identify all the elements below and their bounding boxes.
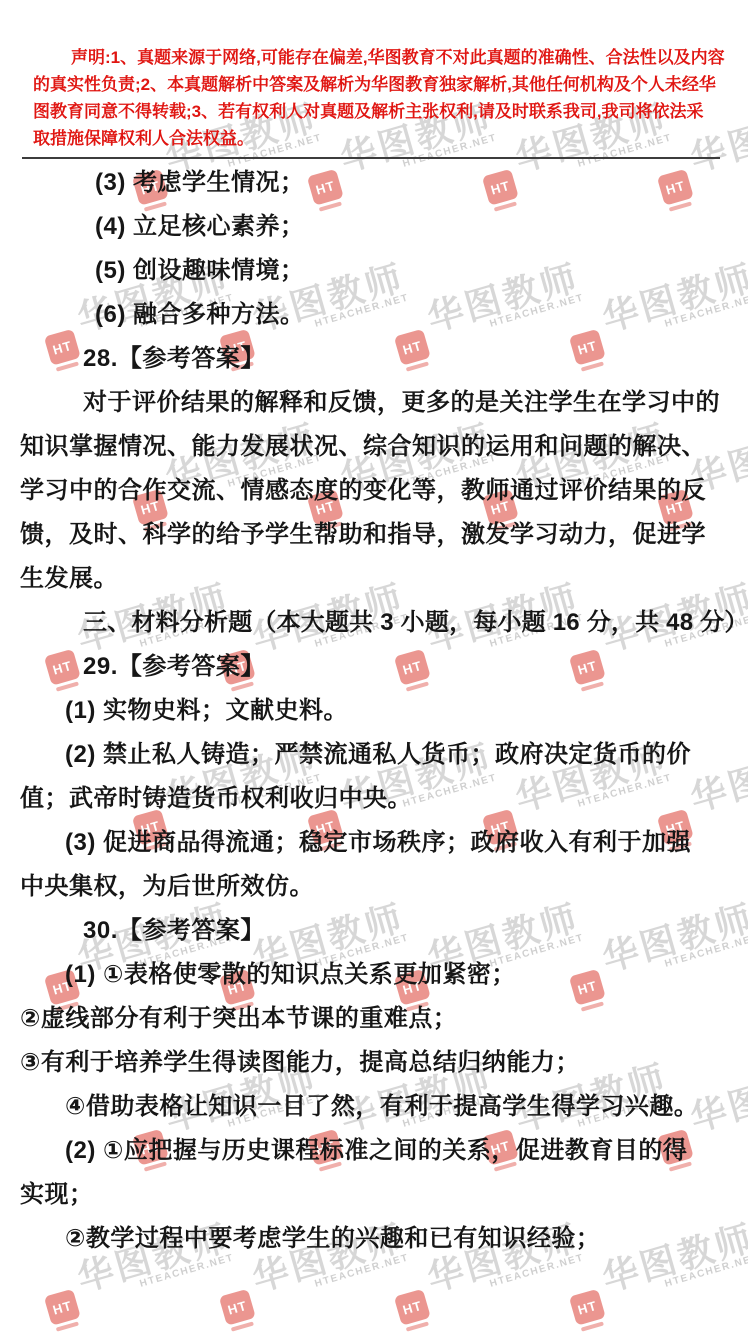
disclaimer-text: 1、真题来源于网络,可能存在偏差,华图教育不对此真题的准确性、合法性以及内容 — [111, 48, 725, 67]
answer-30-item-1-point-3: ③有利于培养学生得读图能力，提高总结归纳能力； — [20, 1041, 720, 1085]
huatu-logo-icon: HT — [44, 1289, 81, 1326]
answer-29-item-1: (1) 实物史料；文献史料。 — [20, 689, 720, 733]
answer-29-item-3-line-1: (3) 促进商品得流通；稳定市场秩序；政府收入有利于加强 — [20, 821, 720, 865]
answer-28-body-line-5: 生发展。 — [20, 557, 720, 601]
answer-30-item-1-point-4: ④借助表格让知识一目了然，有利于提高学生得学习兴趣。 — [20, 1085, 720, 1129]
answer-30-label: 30.【参考答案】 — [20, 909, 720, 953]
section-3-heading: 三、材料分析题（本大题共 3 小题，每小题 16 分，共 48 分） — [20, 601, 720, 645]
item-5: (5) 创设趣味情境； — [20, 249, 720, 293]
disclaimer: 声明:1、真题来源于网络,可能存在偏差,华图教育不对此真题的准确性、合法性以及内… — [0, 0, 748, 152]
answer-30-item-2-point-1-line-1: (2) ①应把握与历史课程标准之间的关系，促进教育目的得 — [20, 1129, 720, 1173]
answer-29-label: 29.【参考答案】 — [20, 645, 720, 689]
answer-29-item-2-line-2: 值；武帝时铸造货币权利收归中央。 — [20, 777, 720, 821]
answer-28-body-line-3: 学习中的合作交流、情感态度的变化等，教师通过评价结果的反 — [20, 469, 720, 513]
disclaimer-line-1: 声明:1、真题来源于网络,可能存在偏差,华图教育不对此真题的准确性、合法性以及内… — [33, 44, 722, 71]
document-body: 声明:1、真题来源于网络,可能存在偏差,华图教育不对此真题的准确性、合法性以及内… — [0, 0, 748, 1261]
answer-29-item-3-line-2: 中央集权，为后世所效仿。 — [20, 865, 720, 909]
item-4: (4) 立足核心素养； — [20, 205, 720, 249]
huatu-logo-icon: HT — [394, 1289, 431, 1326]
disclaimer-line-2: 的真实性负责;2、本真题解析中答案及解析为华图教育独家解析,其他任何机构及个人未… — [33, 71, 722, 98]
answer-28-body-line-1: 对于评价结果的解释和反馈，更多的是关注学生在学习中的 — [20, 381, 720, 425]
answer-30-item-2-point-1-line-2: 实现； — [20, 1173, 720, 1217]
huatu-logo-icon: HT — [219, 1289, 256, 1326]
disclaimer-line-3: 图教育同意不得转载;3、若有权利人对真题及解析主张权利,请及时联系我司,我司将依… — [33, 98, 722, 125]
answer-30-item-1-point-2: ②虚线部分有利于突出本节课的重难点； — [20, 997, 720, 1041]
answer-29-item-2-line-1: (2) 禁止私人铸造；严禁流通私人货币；政府决定货币的价 — [20, 733, 720, 777]
disclaimer-label: 声明: — [71, 48, 111, 67]
answer-28-body-line-2: 知识掌握情况、能力发展状况、综合知识的运用和问题的解决、 — [20, 425, 720, 469]
item-6: (6) 融合多种方法。 — [20, 293, 720, 337]
answer-30-item-1-point-1: (1) ①表格使零散的知识点关系更加紧密； — [20, 953, 720, 997]
item-3: (3) 考虑学生情况； — [20, 161, 720, 205]
answer-28-label: 28.【参考答案】 — [20, 337, 720, 381]
disclaimer-line-4: 取措施保障权利人合法权益。 — [33, 125, 722, 152]
content: (3) 考虑学生情况；(4) 立足核心素养；(5) 创设趣味情境；(6) 融合多… — [0, 159, 748, 1261]
document-page: HT华图教师HTEACHER.NETHT华图教师HTEACHER.NETHT华图… — [0, 0, 748, 1335]
answer-30-item-2-point-2: ②教学过程中要考虑学生的兴趣和已有知识经验； — [20, 1217, 720, 1261]
answer-28-body-line-4: 馈，及时、科学的给予学生帮助和指导，激发学习动力，促进学 — [20, 513, 720, 557]
huatu-logo-icon: HT — [569, 1289, 606, 1326]
